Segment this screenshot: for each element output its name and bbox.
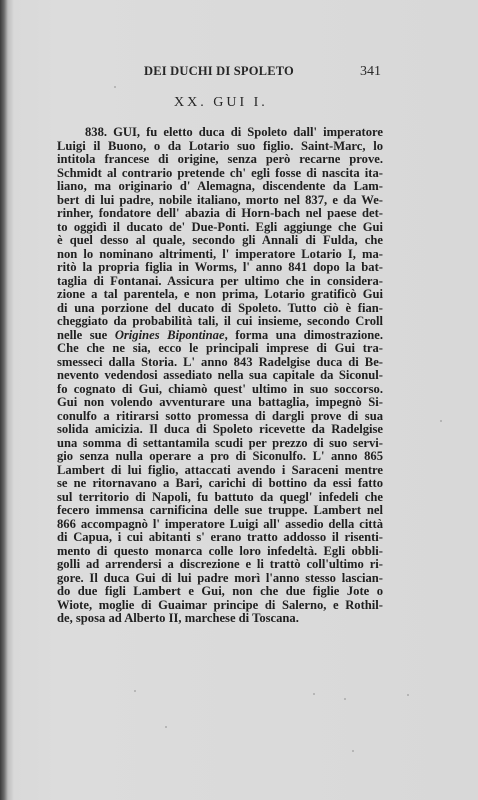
body-text: 838. GUI, fu eletto duca di Spoleto dall…	[57, 126, 383, 626]
running-head: DEI DUCHI DI SPOLETO	[144, 64, 294, 79]
chapter-title: XX. GUI I.	[174, 95, 268, 111]
text-line: Luigi il Buono, o da Lotario suo figlio.…	[57, 140, 383, 154]
text-line: di Capua, i cui abitanti s' erano tratto…	[57, 531, 383, 545]
book-title-italic: Origines Bipontinae	[115, 328, 225, 342]
text-line: gio senza nulla operare a pro di Siconul…	[57, 450, 383, 464]
text-line: cheggiato da probabilità tali, il cui in…	[57, 315, 383, 329]
paper-speck	[114, 86, 116, 88]
text-line: nevento vedendosi assediato nella sua ca…	[57, 369, 383, 383]
text-line: mento di questo monarca colle loro infed…	[57, 545, 383, 559]
text-line: bert di lui padre, nobile italiano, mort…	[57, 194, 383, 208]
text-line: Wiote, moglie di Guaimar principe di Sal…	[57, 599, 383, 613]
text-line-last: de, sposa ad Alberto II, marchese di Tos…	[57, 612, 383, 626]
paper-speck	[344, 698, 346, 700]
paper-speck	[134, 690, 136, 692]
text-line: di una porzione del ducato di Spoleto. T…	[57, 302, 383, 316]
text-line: gore. Il duca Gui di lui padre morì l'an…	[57, 572, 383, 586]
text-line: fecero immensa carnificina delle sue tru…	[57, 504, 383, 518]
text-line: rinher, fondatore dell' abazia di Horn-b…	[57, 207, 383, 221]
paper-speck	[313, 693, 315, 695]
text-line: zione a tal parentela, e non prima, Lota…	[57, 288, 383, 302]
text-line: Lambert di lui figlio, attaccati avendo …	[57, 464, 383, 478]
paper-speck	[407, 694, 409, 696]
paper-speck	[352, 750, 354, 752]
text-line: smesseci dalla Storia. L' anno 843 Radel…	[57, 356, 383, 370]
text-line: Gui non volendo avventurare una battagli…	[57, 396, 383, 410]
paragraph-number: 838. GUI	[85, 125, 137, 139]
text-line: taglia di Fontanai. Assicura per ultimo …	[57, 275, 383, 289]
text-line: ritò la propria figlia in Worms, l' anno…	[57, 261, 383, 275]
text-line: liano, ma originario d' Alemagna, discen…	[57, 180, 383, 194]
text-line-first: 838. GUI, fu eletto duca di Spoleto dall…	[57, 126, 383, 140]
text-line: Che che ne sia, ecco le principali impre…	[57, 342, 383, 356]
text-line: non lo nominano altrimenti, l' imperator…	[57, 248, 383, 262]
paper-speck	[165, 726, 167, 728]
text-line: do due figli Lambert e Gui, non che due …	[57, 585, 383, 599]
text-line: 866 accompagnò l' imperatore Luigi all' …	[57, 518, 383, 532]
paper-speck	[440, 420, 442, 422]
text-line-italic-title: nelle sue Origines Bipontinae, forma una…	[57, 329, 383, 343]
text-line: è quel desso al quale, secondo gli Annal…	[57, 234, 383, 248]
text-line: conulfo a ritirarsi sotto promessa di da…	[57, 410, 383, 424]
text-line: se ne ritornavano a Bari, carichi di bot…	[57, 477, 383, 491]
text-line: solida amicizia. Il duca di Spoleto rice…	[57, 423, 383, 437]
page-number: 341	[360, 64, 381, 80]
text-line: intitola francese di origine, senza però…	[57, 153, 383, 167]
text-line: sul territorio di Napoli, fu battuto da …	[57, 491, 383, 505]
text-line: to oggidì il ducato de' Due-Ponti. Egli …	[57, 221, 383, 235]
text-line: golli ad arrendersi a discrezione e li t…	[57, 558, 383, 572]
text-line: Schmidt al contrario pretende ch' egli f…	[57, 167, 383, 181]
text-line: una somma di settantamila scudi per prez…	[57, 437, 383, 451]
book-page: DEI DUCHI DI SPOLETO 341 XX. GUI I. 838.…	[0, 0, 478, 800]
text-line: fo cognato di Gui, chiamò quest' ultimo …	[57, 383, 383, 397]
